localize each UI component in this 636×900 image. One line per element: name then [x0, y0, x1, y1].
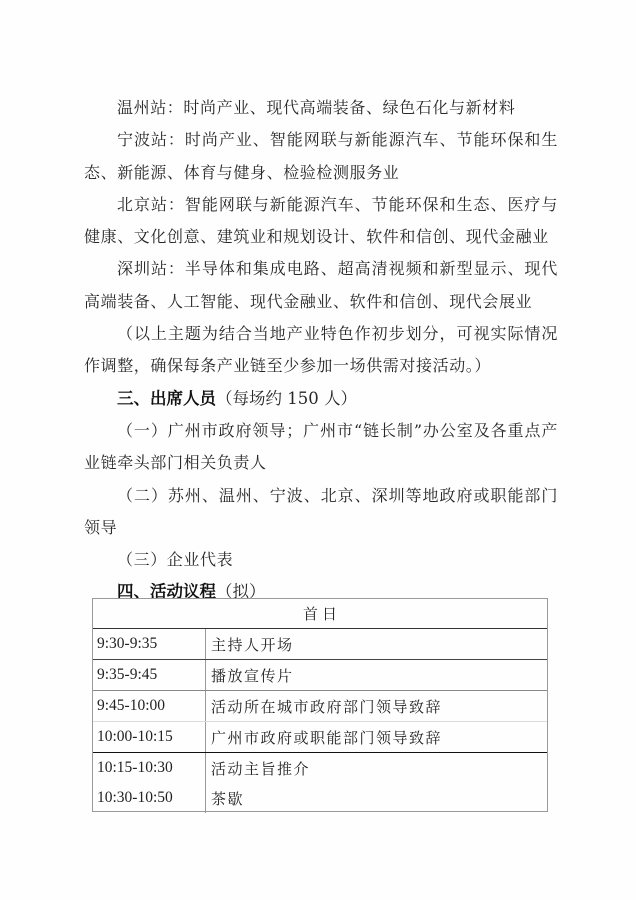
table-row: 9:35-9:45 播放宣传片	[92, 660, 547, 691]
agenda-day-header: 首日	[92, 598, 547, 629]
table-row: 9:45-10:00 活动所在城市政府部门领导致辞	[92, 691, 547, 722]
document-page: 温州站：时尚产业、现代高端装备、绿色石化与新材料 宁波站：时尚产业、智能网联与新…	[0, 0, 636, 900]
table-row: 10:00-10:15 广州市政府或职能部门领导致辞	[92, 722, 547, 753]
agenda-item: 活动所在城市政府部门领导致辞	[206, 691, 548, 722]
attendee-item-2: （二）苏州、温州、宁波、北京、深圳等地政府或职能部门领导	[84, 480, 558, 545]
section-heading-attendees-title: 三、出席人员	[117, 389, 216, 408]
agenda-item: 活动主旨推介	[206, 753, 548, 784]
paragraph-beijing-station: 北京站：智能网联与新能源汽车、节能环保和生态、医疗与健康、文化创意、建筑业和规划…	[84, 189, 558, 254]
agenda-item: 茶歇	[206, 783, 548, 813]
agenda-time: 10:00-10:15	[92, 722, 206, 753]
document-body: 温州站：时尚产业、现代高端装备、绿色石化与新材料 宁波站：时尚产业、智能网联与新…	[84, 92, 558, 609]
agenda-table: 首日 9:30-9:35 主持人开场 9:35-9:45 播放宣传片 9:45-…	[92, 598, 547, 813]
section-heading-attendees: 三、出席人员（每场约 150 人）	[84, 383, 558, 415]
table-row: 10:15-10:30 活动主旨推介	[92, 753, 547, 784]
agenda-item: 主持人开场	[206, 629, 548, 660]
table-row: 10:30-10:50 茶歇	[92, 783, 547, 813]
table-row: 9:30-9:35 主持人开场	[92, 629, 547, 660]
paragraph-wenzhou-station: 温州站：时尚产业、现代高端装备、绿色石化与新材料	[84, 92, 558, 124]
agenda-time: 10:30-10:50	[92, 783, 206, 813]
agenda-time: 9:30-9:35	[92, 629, 206, 660]
paragraph-shenzhen-station: 深圳站：半导体和集成电路、超高清视频和新型显示、现代高端装备、人工智能、现代金融…	[84, 253, 558, 318]
section-heading-attendees-note: （每场约 150 人）	[216, 389, 357, 408]
agenda-item: 广州市政府或职能部门领导致辞	[206, 722, 548, 753]
agenda-item: 播放宣传片	[206, 660, 548, 691]
agenda-time: 10:15-10:30	[92, 753, 206, 784]
paragraph-theme-note: （以上主题为结合当地产业特色作初步划分，可视实际情况作调整，确保每条产业链至少参…	[84, 318, 558, 383]
paragraph-ningbo-station: 宁波站：时尚产业、智能网联与新能源汽车、节能环保和生态、新能源、体育与健身、检验…	[84, 124, 558, 189]
agenda-header-row: 首日	[92, 598, 547, 629]
agenda-time: 9:35-9:45	[92, 660, 206, 691]
agenda-time: 9:45-10:00	[92, 691, 206, 722]
attendee-item-1: （一）广州市政府领导；广州市“链长制”办公室及各重点产业链牵头部门相关负责人	[84, 415, 558, 480]
attendee-item-3: （三）企业代表	[84, 544, 558, 576]
